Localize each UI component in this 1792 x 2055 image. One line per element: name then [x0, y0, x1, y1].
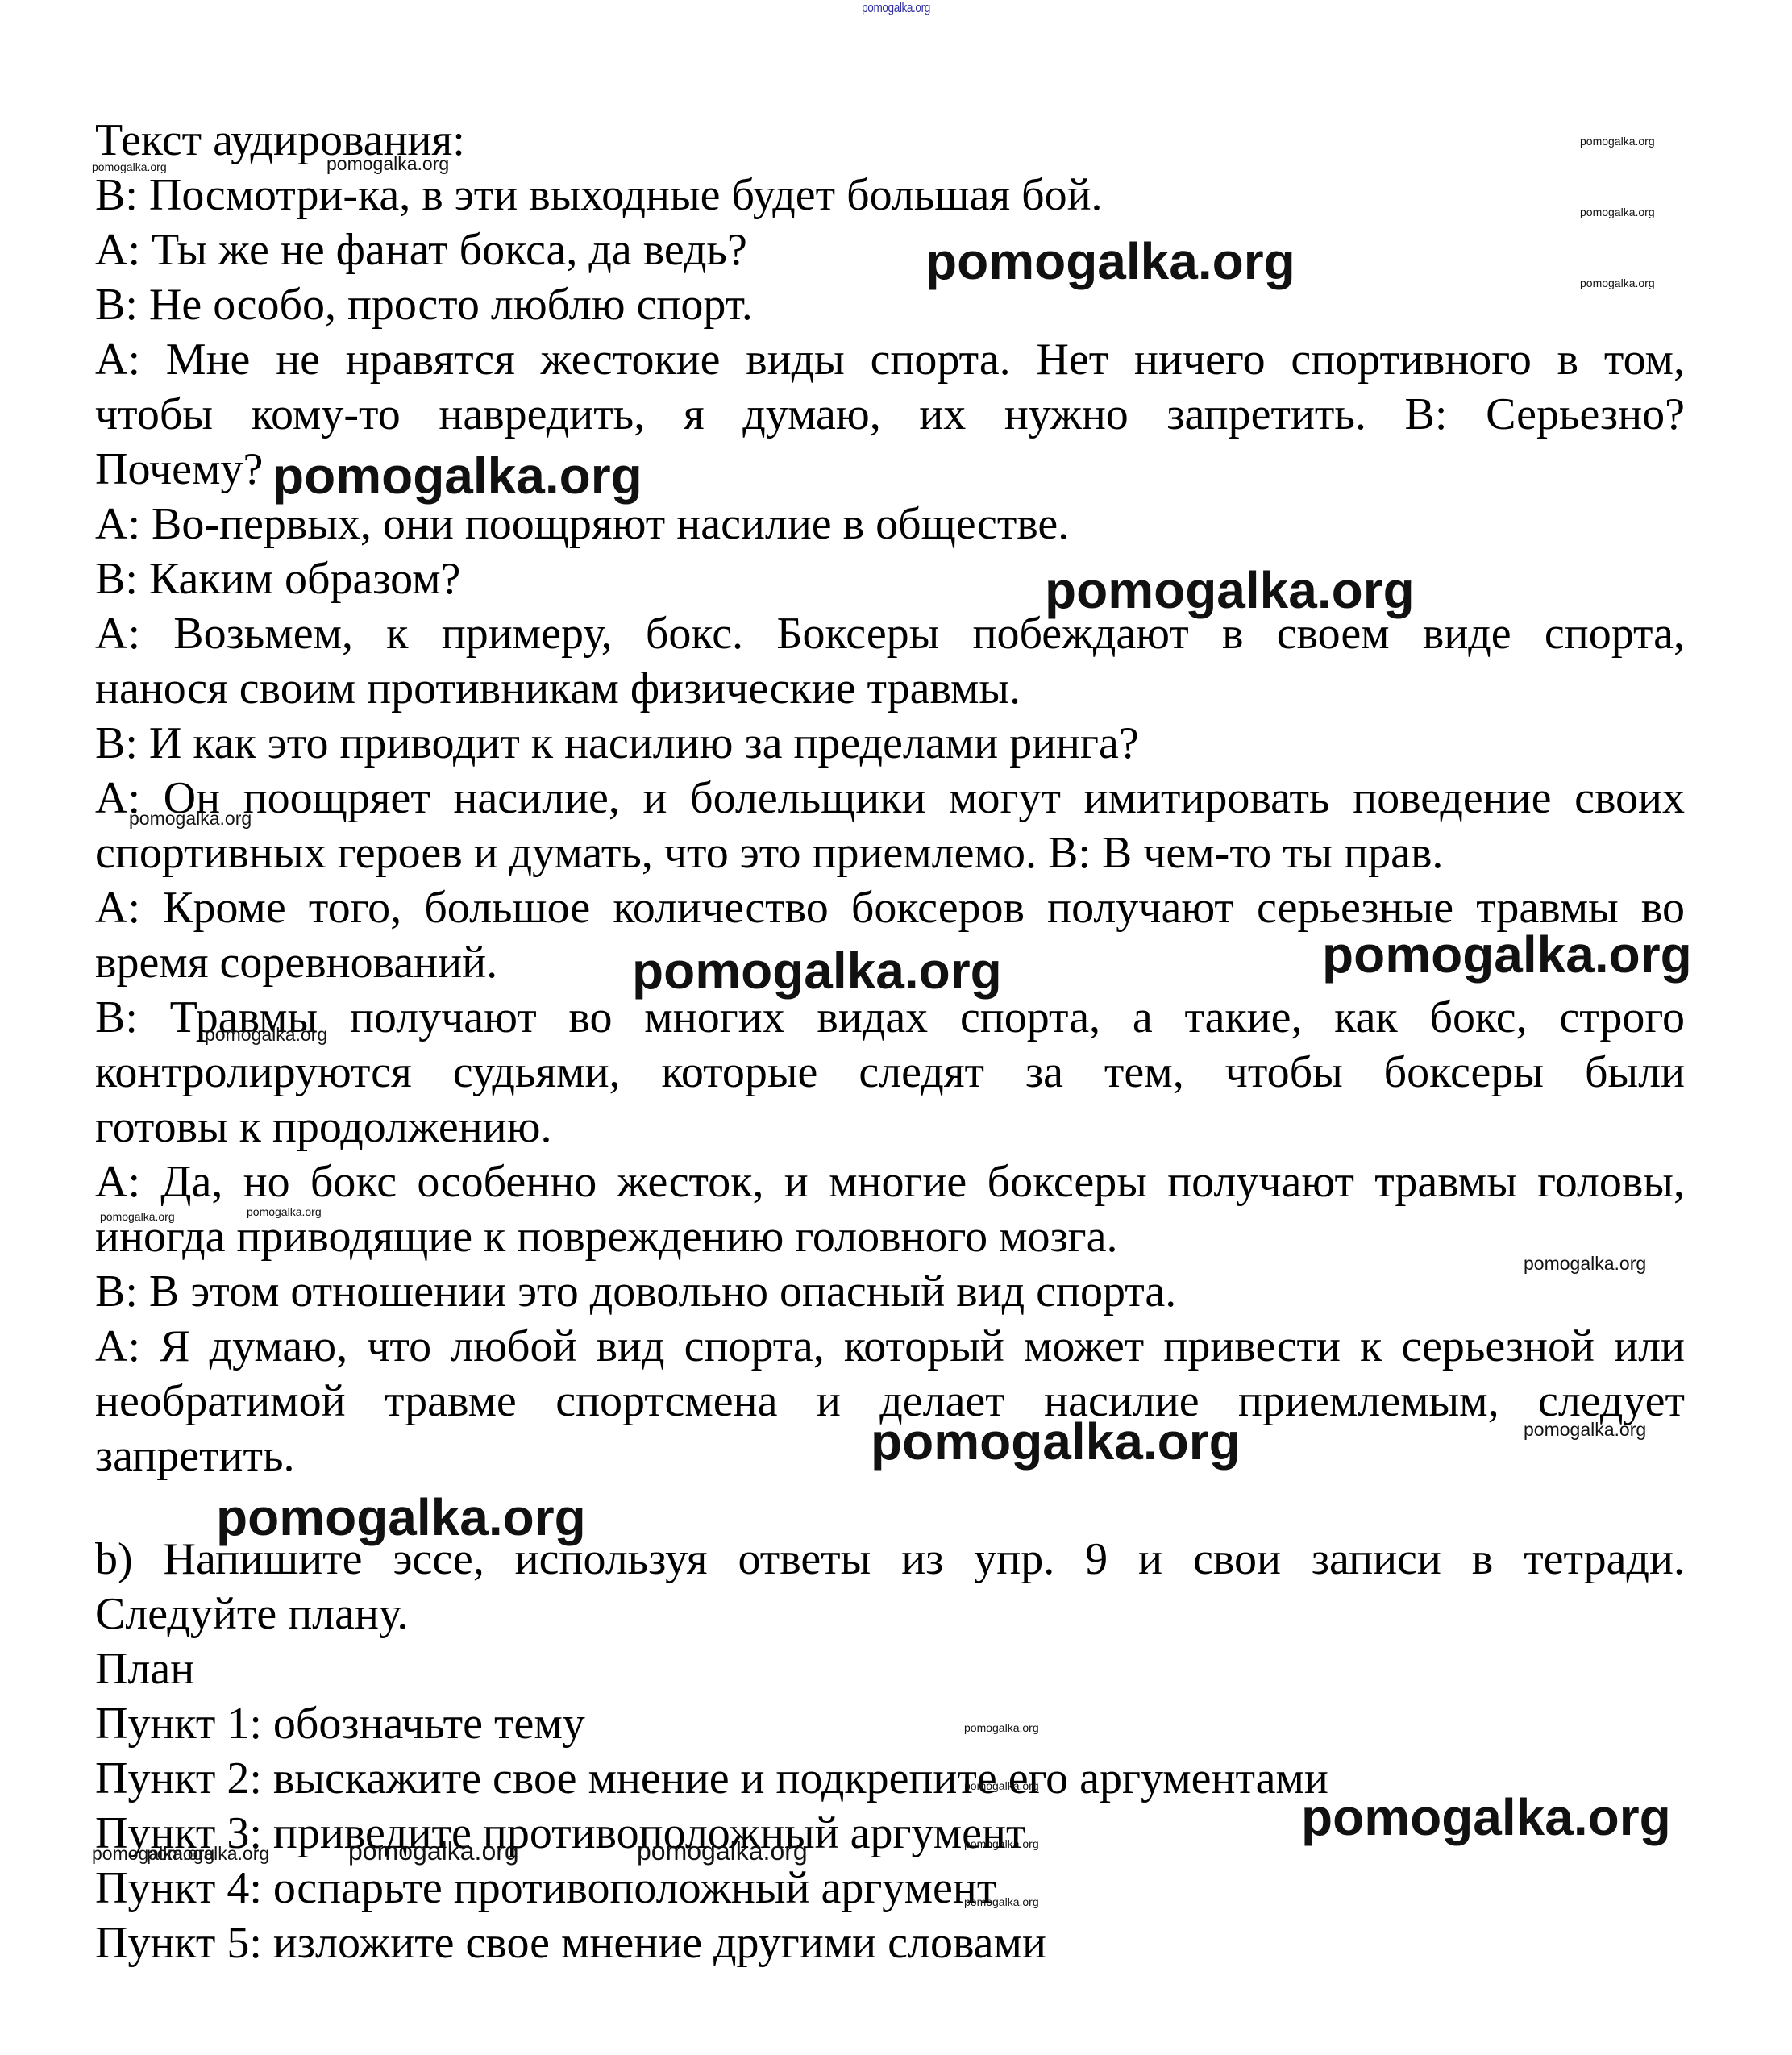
plan-item: Пункт 1: обозначьте тему [95, 1696, 1685, 1751]
dialogue-line: A: Во-первых, они поощряют насилие в общ… [95, 497, 1685, 551]
dialogue-line: A: Он поощряет насилие, и болельщики мог… [95, 771, 1685, 826]
watermark: pomogalka.org [129, 809, 252, 828]
dialogue-line: спортивных героев и думать, что это прие… [95, 826, 1685, 880]
plan-item: Пункт 5: изложите свое мнение другими сл… [95, 1916, 1685, 1970]
watermark: pomogalka.org [1580, 135, 1655, 147]
dialogue-line: чтобы кому-то навредить, я думаю, их нуж… [95, 387, 1685, 442]
dialogue-line: иногда приводящие к повреждению головног… [95, 1209, 1685, 1264]
dialogue-line: A: Ты же не фанат бокса, да ведь? [95, 223, 1685, 277]
dialogue-line: B: В этом отношении это довольно опасный… [95, 1264, 1685, 1319]
dialogue-line: A: Да, но бокс особенно жесток, и многие… [95, 1154, 1685, 1209]
plan-item: Пункт 4: оспарьте противоположный аргуме… [95, 1861, 1685, 1916]
watermark: pomogalka.org [147, 1845, 269, 1863]
watermark: pomogalka.org [348, 1838, 519, 1864]
watermark: pomogalka.org [205, 1025, 327, 1044]
watermark: pomogalka.org [272, 450, 642, 501]
document-page: pomogalka.org Текст аудирования: B: Посм… [0, 0, 1792, 2055]
watermark: pomogalka.org [964, 1838, 1039, 1849]
plan-title: План [95, 1641, 1685, 1696]
dialogue-line: B: Не особо, просто люблю спорт. [95, 277, 1685, 332]
watermark: pomogalka.org [637, 1838, 808, 1864]
watermark: pomogalka.org [247, 1206, 322, 1217]
dialogue: B: Посмотри-ка, в эти выходные будет бол… [95, 168, 1685, 1483]
watermark: pomogalka.org [1322, 929, 1692, 980]
watermark: pomogalka.org [964, 1896, 1039, 1907]
watermark: pomogalka.org [964, 1780, 1039, 1791]
writing-task: b) Напишите эссе, используя ответы из уп… [95, 1532, 1685, 1970]
dialogue-line: A: Возьмем, к примеру, бокс. Боксеры поб… [95, 606, 1685, 661]
dialogue-line: A: Я думаю, что любой вид спорта, которы… [95, 1319, 1685, 1374]
watermark: pomogalka.org [871, 1416, 1241, 1467]
watermark: pomogalka.org [964, 1722, 1039, 1733]
watermark: pomogalka.org [100, 1211, 175, 1222]
dialogue-line: нанося своим противникам физические трав… [95, 661, 1685, 716]
dialogue-line: B: И как это приводит к насилию за преде… [95, 716, 1685, 771]
header-watermark: pomogalka.org [179, 0, 1612, 16]
watermark: pomogalka.org [1045, 564, 1415, 616]
watermark: pomogalka.org [1580, 277, 1655, 289]
task-instruction: Следуйте плану. [95, 1587, 1685, 1641]
watermark: pomogalka.org [1524, 1254, 1646, 1273]
watermark: pomogalka.org [632, 945, 1002, 996]
watermark: pomogalka.org [925, 235, 1295, 287]
watermark: pomogalka.org [92, 161, 167, 173]
dialogue-line: готовы к продолжению. [95, 1100, 1685, 1154]
watermark: pomogalka.org [1301, 1791, 1671, 1843]
dialogue-line: A: Мне не нравятся жестокие виды спорта.… [95, 332, 1685, 387]
dialogue-line: контролируются судьями, которые следят з… [95, 1045, 1685, 1100]
dialogue-line: B: Посмотри-ка, в эти выходные будет бол… [95, 168, 1685, 223]
watermark: pomogalka.org [1580, 206, 1655, 218]
watermark: pomogalka.org [216, 1491, 586, 1543]
watermark: pomogalka.org [326, 155, 449, 173]
dialogue-line: B: Каким образом? [95, 551, 1685, 606]
document-body: Текст аудирования: B: Посмотри-ка, в эти… [95, 113, 1685, 1970]
watermark: pomogalka.org [1524, 1421, 1646, 1439]
